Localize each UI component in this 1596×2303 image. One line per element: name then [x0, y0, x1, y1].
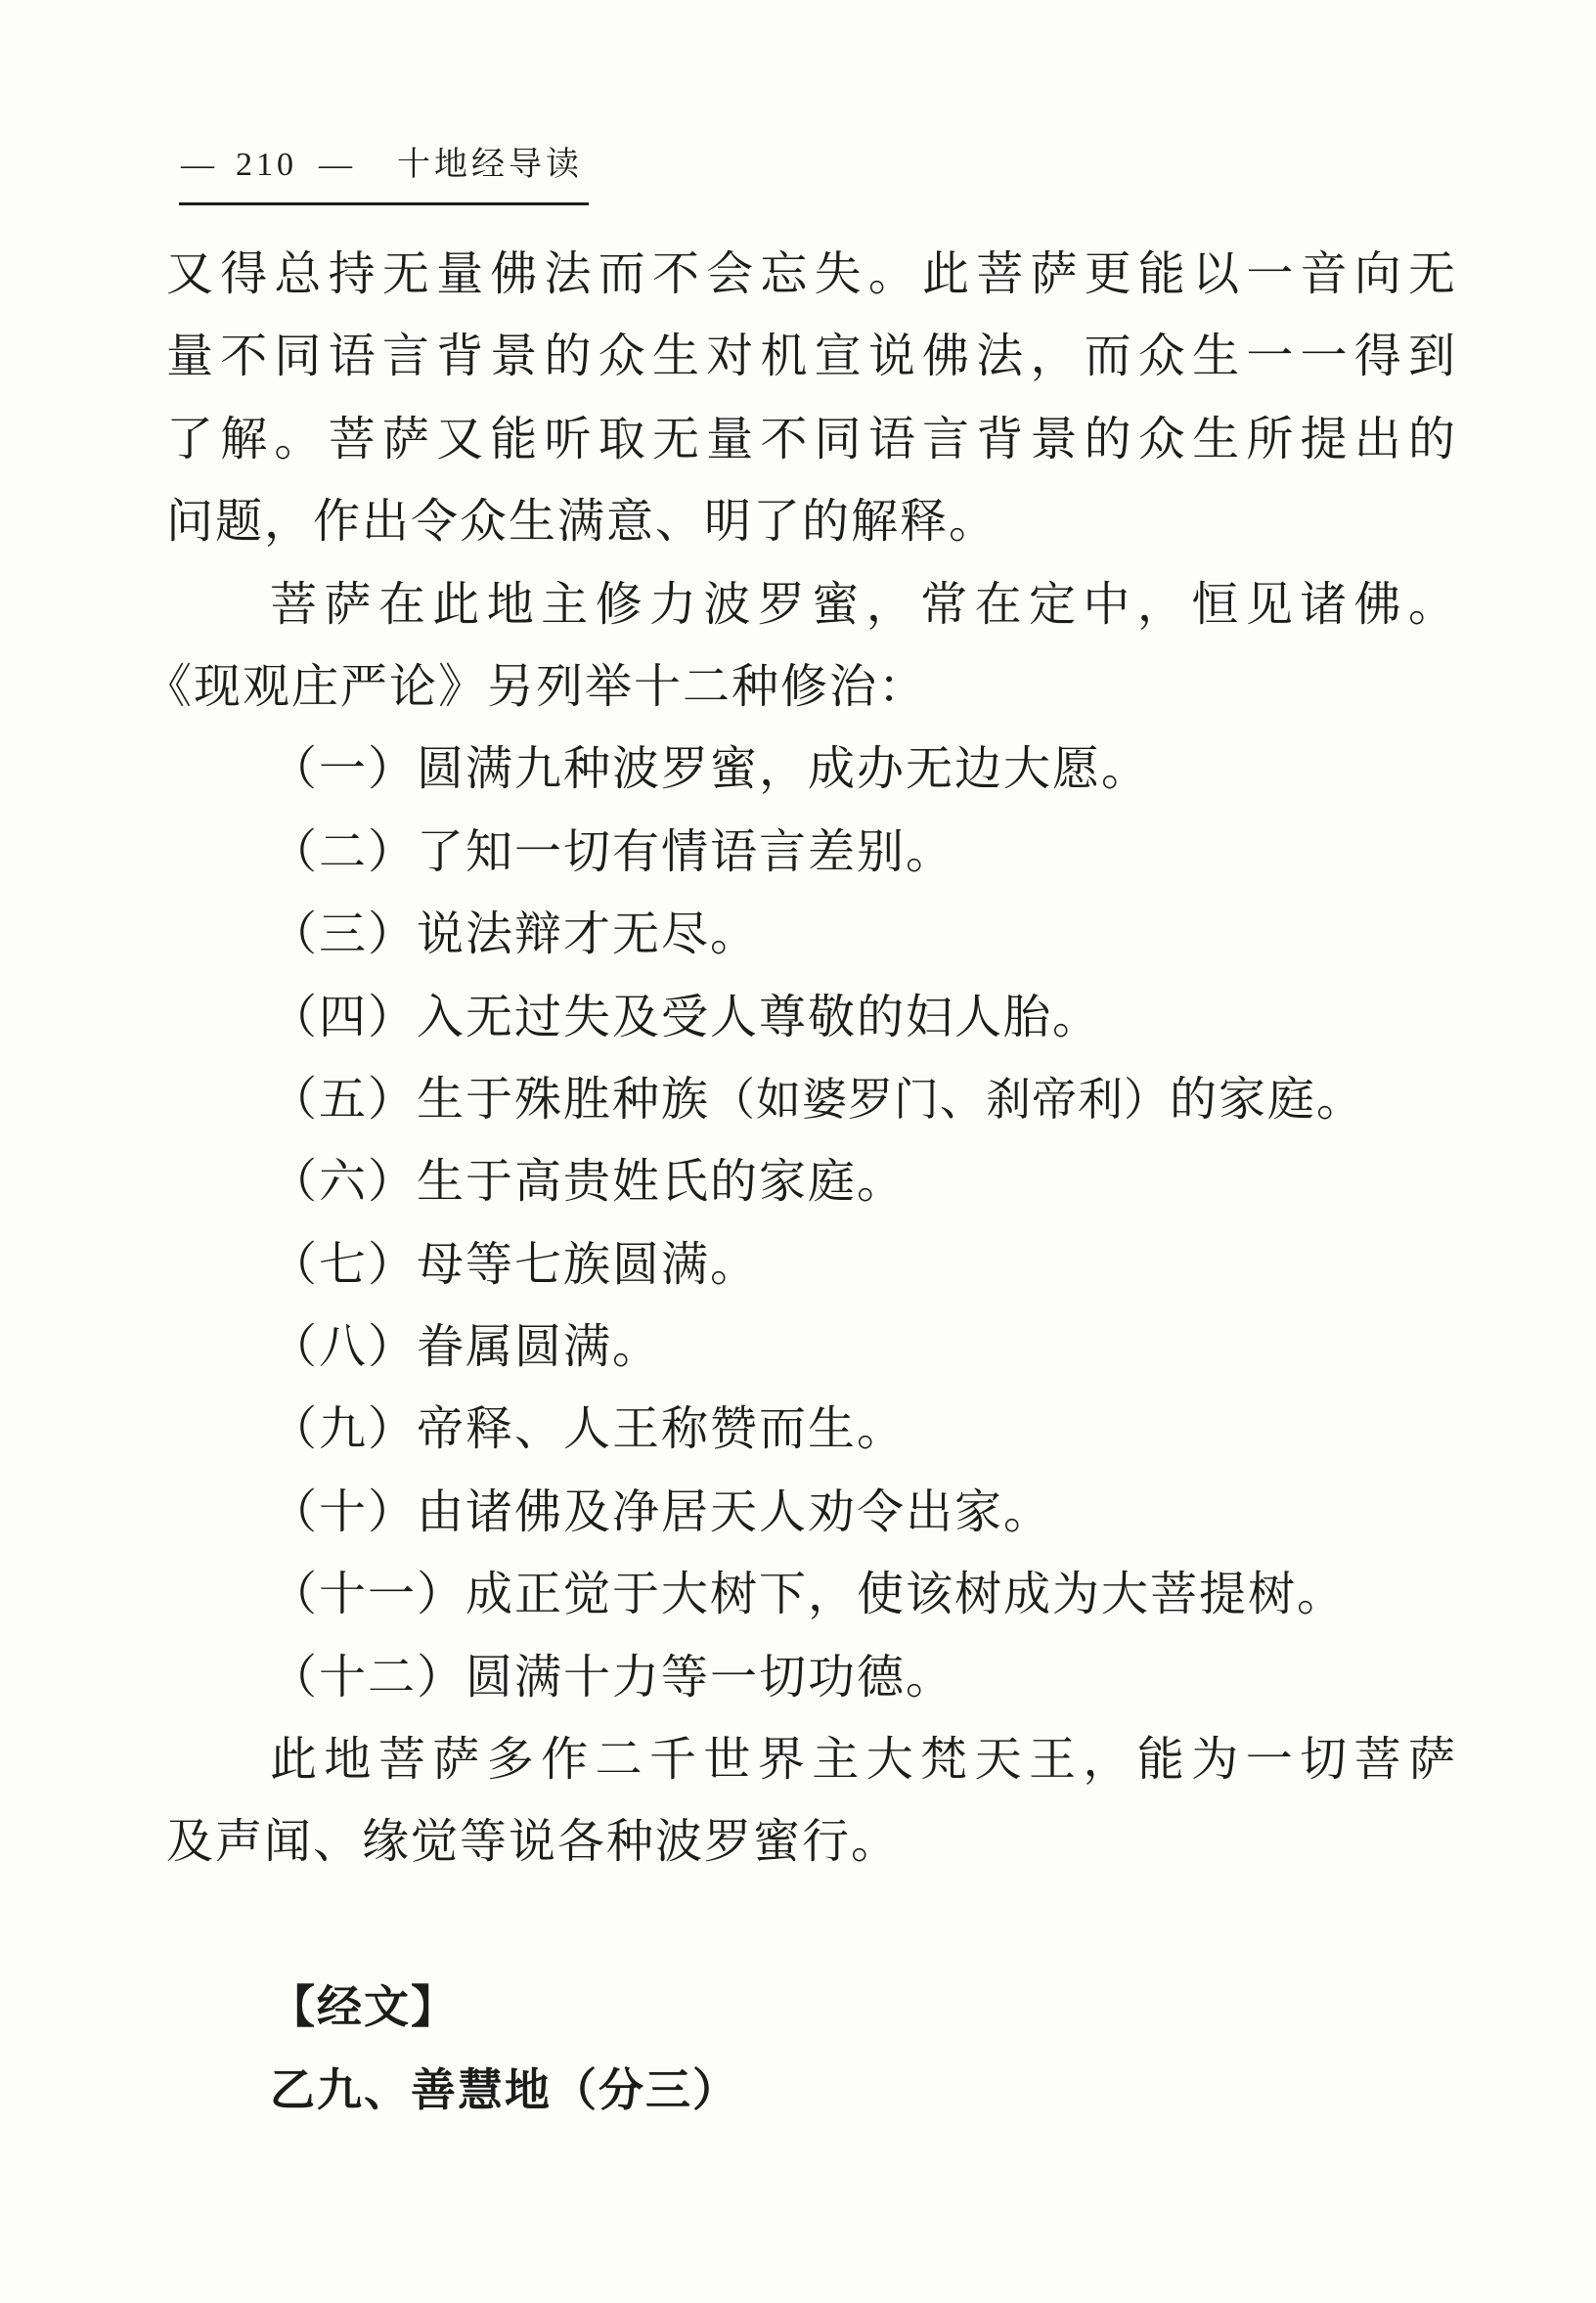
list-item: （二）了知一切有情语言差别。 [166, 812, 1457, 894]
text-line: 及声闻、缘觉等说各种波罗蜜行。 [166, 1801, 1457, 1883]
list-item: （十二）圆满十力等一切功德。 [166, 1637, 1457, 1719]
section-label: 【经文】 [166, 1967, 1457, 2049]
list-item: （一）圆满九种波罗蜜，成办无边大愿。 [166, 729, 1457, 811]
list-item-text: （五）生于殊胜种族 [270, 1074, 710, 1126]
list-item: （十）由诸佛及净居天人劝令出家。 [166, 1472, 1457, 1554]
list-item: （四）入无过失及受人尊敬的妇人胎。 [166, 977, 1457, 1059]
text-line: 此地菩萨多作二千世界主大梵天王，能为一切菩萨 [166, 1719, 1457, 1801]
book-page: — 210 — 十地经导读 又得总持无量佛法而不会忘失。此菩萨更能以一音向无 量… [0, 0, 1596, 2303]
page-header: — 210 — 十地经导读 [179, 142, 589, 205]
text-line: 量不同语言背景的众生对机宣说佛法，而众生一一得到 [166, 316, 1457, 398]
list-item: （九）帝释、人王称赞而生。 [166, 1389, 1457, 1471]
book-title: 十地经导读 [397, 142, 583, 189]
text-line: 问题，作出令众生满意、明了的解释。 [166, 481, 1457, 563]
list-item: （三）说法辩才无尽。 [166, 894, 1457, 976]
text-line: 菩萨在此地主修力波罗蜜，常在定中，恒见诸佛。 [166, 564, 1457, 646]
list-item: （六）生于高贵姓氏的家庭。 [166, 1141, 1457, 1223]
list-item-text: 的家庭。 [1170, 1074, 1365, 1126]
blank-line [166, 1884, 1457, 1967]
chapter-heading: 乙九、善慧地（分三） [166, 2050, 1457, 2132]
list-item: （五）生于殊胜种族（如婆罗门、刹帝利）的家庭。 [166, 1059, 1457, 1141]
list-item: （八）眷属圆满。 [166, 1307, 1457, 1389]
list-item: （十一）成正觉于大树下，使该树成为大菩提树。 [166, 1554, 1457, 1636]
text-line: 《现观庄严论》另列举十二种修治： [145, 646, 1457, 729]
header-dash-right: — [319, 142, 352, 189]
header-dash-left: — [181, 142, 214, 189]
page-content: 又得总持无量佛法而不会忘失。此菩萨更能以一音向无 量不同语言背景的众生对机宣说佛… [166, 234, 1457, 2132]
page-number: 210 [236, 142, 297, 189]
list-item-note: （如婆罗门、刹帝利） [710, 1075, 1170, 1125]
text-line: 又得总持无量佛法而不会忘失。此菩萨更能以一音向无 [166, 234, 1457, 316]
text-line: 了解。菩萨又能听取无量不同语言背景的众生所提出的 [166, 399, 1457, 481]
list-item: （七）母等七族圆满。 [166, 1224, 1457, 1307]
